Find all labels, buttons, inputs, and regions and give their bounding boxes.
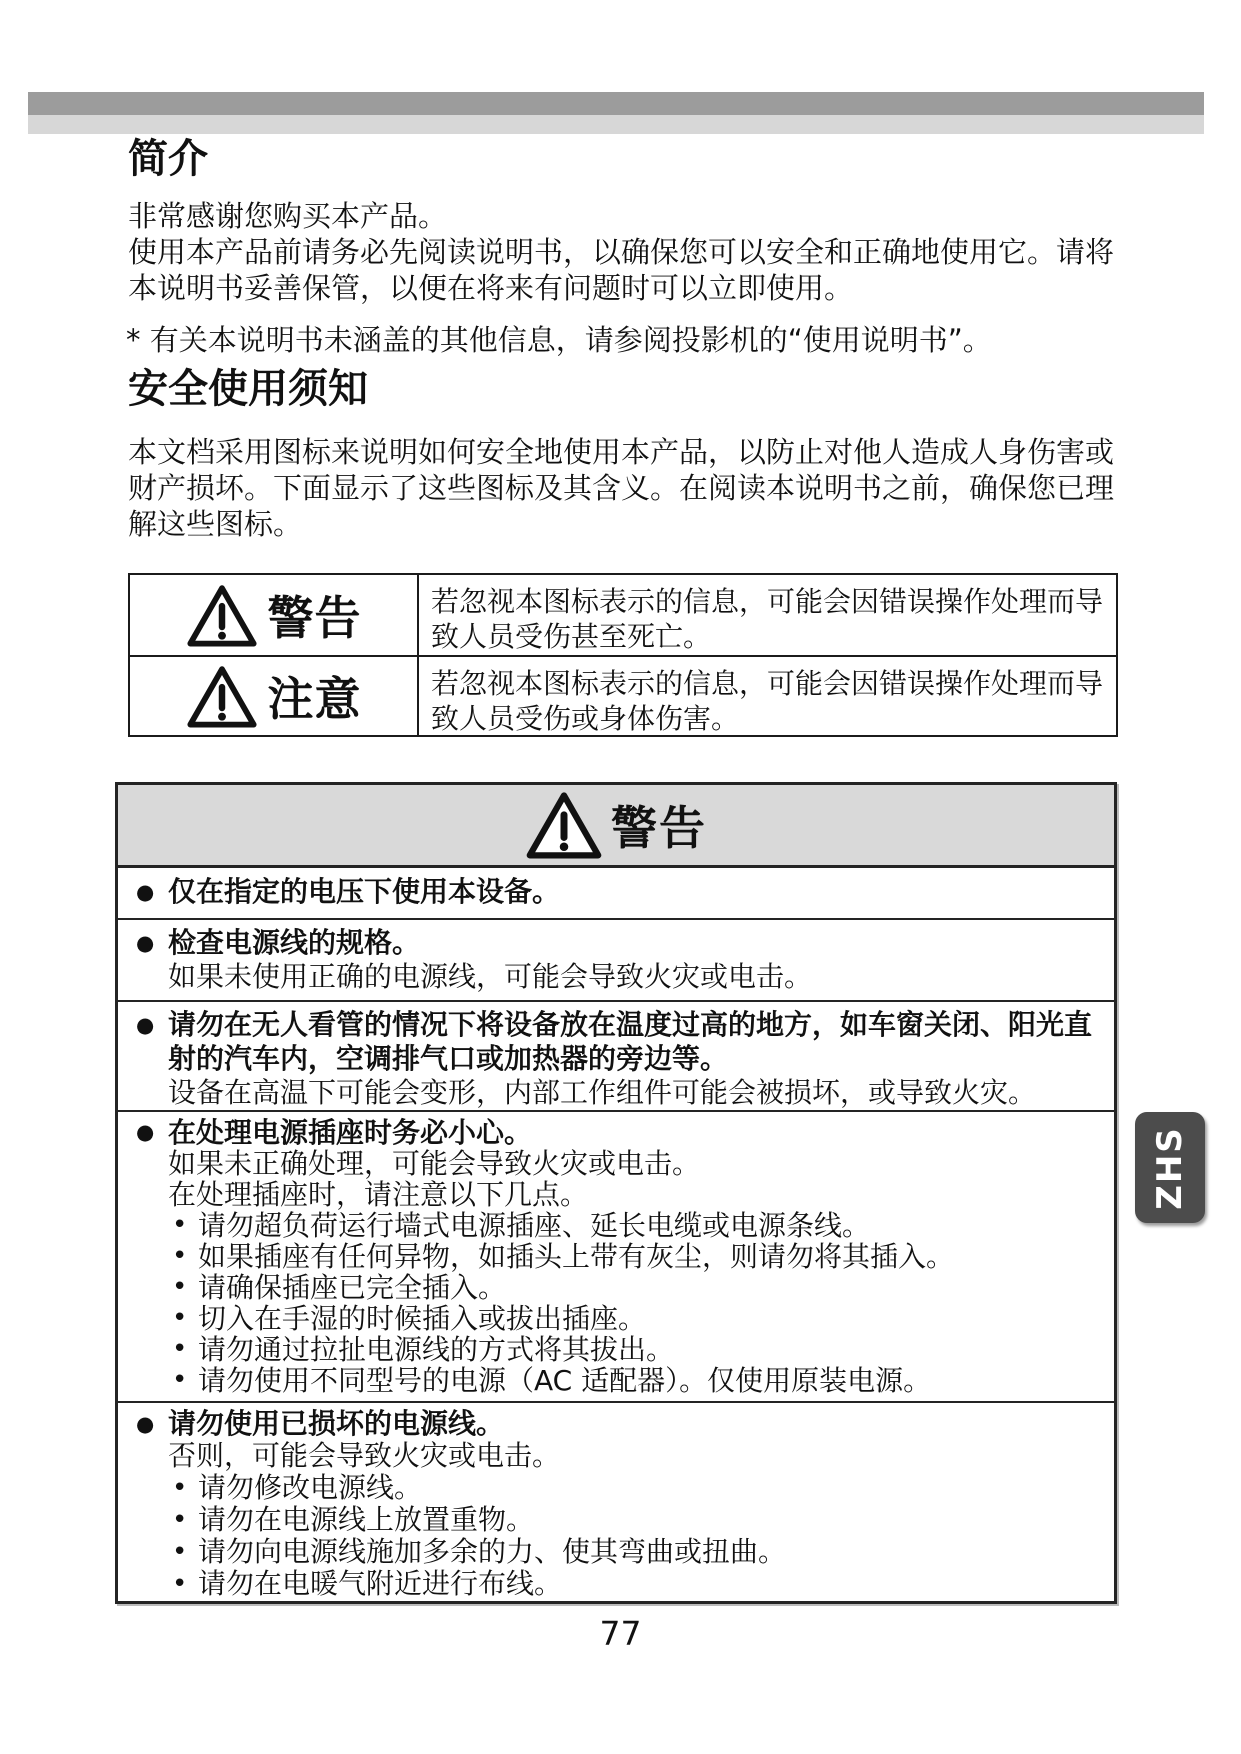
sub-bullet-icon: • — [172, 1241, 198, 1272]
warning-item-body: 否则，可能会导致火灾或电击。 — [168, 1440, 1100, 1472]
bullet-icon: ● — [136, 926, 168, 960]
warning-triangle-icon — [525, 790, 603, 860]
top-bar-dark — [28, 92, 1204, 115]
warning-section: ● 请勿在无人看管的情况下将设备放在温度过高的地方，如车窗关闭、阳光直射的汽车内… — [118, 1000, 1114, 1110]
warning-sub-item: • 切入在手湿的时候插入或拔出插座。 — [172, 1303, 1100, 1334]
warning-sub-text: 请勿使用不同型号的电源（AC 适配器）。仅使用原装电源。 — [198, 1365, 931, 1396]
warning-section: ● 仅在指定的电压下使用本设备。 — [118, 868, 1114, 918]
warning-triangle-icon — [186, 583, 258, 648]
warning-item: ● 在处理电源插座时务必小心。 — [136, 1117, 1100, 1148]
intro-note: * 有关本说明书未涵盖的其他信息，请参阅投影机的“使用说明书”。 — [126, 322, 1121, 358]
warning-item-heading: 请勿使用已损坏的电源线。 — [168, 1408, 504, 1440]
warning-section: ● 请勿使用已损坏的电源线。 否则，可能会导致火灾或电击。 • 请勿修改电源线。… — [118, 1401, 1114, 1602]
warning-sub-item: • 请确保插座已完全插入。 — [172, 1272, 1100, 1303]
warning-label: 警告 — [268, 582, 362, 648]
intro-line-1: 非常感谢您购买本产品。 — [128, 198, 1123, 234]
warning-item-heading: 检查电源线的规格。 — [168, 926, 420, 960]
warning-sub-text: 请勿在电源线上放置重物。 — [198, 1504, 534, 1536]
warning-item: ● 请勿在无人看管的情况下将设备放在温度过高的地方，如车窗关闭、阳光直射的汽车内… — [136, 1008, 1100, 1076]
warning-sub-text: 请勿在电暖气附近进行布线。 — [198, 1568, 562, 1600]
warning-sub-item: • 请勿超负荷运行墙式电源插座、延长电缆或电源条线。 — [172, 1210, 1100, 1241]
warning-sub-item: • 请勿使用不同型号的电源（AC 适配器）。仅使用原装电源。 — [172, 1365, 1100, 1396]
sub-bullet-icon: • — [172, 1210, 198, 1241]
warning-item-body: 如果未正确处理，可能会导致火灾或电击。 — [168, 1148, 1100, 1179]
warning-section: ● 在处理电源插座时务必小心。 如果未正确处理，可能会导致火灾或电击。 在处理插… — [118, 1110, 1114, 1401]
icon-meaning-table: 警告 若忽视本图标表示的信息，可能会因错误操作处理而导致人员受伤甚至死亡。 注意… — [128, 573, 1118, 737]
warning-item-heading: 在处理电源插座时务必小心。 — [168, 1117, 532, 1148]
warning-sub-item: • 请勿向电源线施加多余的力、使其弯曲或扭曲。 — [172, 1536, 1100, 1568]
safety-title: 安全使用须知 — [128, 366, 368, 412]
warning-description: 若忽视本图标表示的信息，可能会因错误操作处理而导致人员受伤甚至死亡。 — [419, 575, 1116, 655]
sub-bullet-icon: • — [172, 1272, 198, 1303]
warning-sub-text: 如果插座有任何异物，如插头上带有灰尘，则请勿将其插入。 — [198, 1241, 954, 1272]
safety-paragraph: 本文档采用图标来说明如何安全地使用本产品，以防止对他人造成人身伤害或财产损坏。下… — [128, 434, 1128, 542]
warning-sub-text: 请勿修改电源线。 — [198, 1472, 422, 1504]
table-row: 注意 若忽视本图标表示的信息，可能会因错误操作处理而导致人员受伤或身体伤害。 — [130, 655, 1116, 735]
warning-sub-text: 切入在手湿的时候插入或拔出插座。 — [198, 1303, 646, 1334]
warning-sub-item: • 请勿在电源线上放置重物。 — [172, 1504, 1100, 1536]
bullet-icon: ● — [136, 875, 168, 909]
warning-sub-text: 请勿向电源线施加多余的力、使其弯曲或扭曲。 — [198, 1536, 786, 1568]
warning-sub-item: • 请勿修改电源线。 — [172, 1472, 1100, 1504]
sub-bullet-icon: • — [172, 1536, 198, 1568]
caution-triangle-icon — [186, 664, 258, 729]
warning-item-body: 设备在高温下可能会变形，内部工作组件可能会被损坏，或导致火灾。 — [168, 1076, 1100, 1110]
warning-item: ● 仅在指定的电压下使用本设备。 — [136, 875, 1100, 909]
sub-bullet-icon: • — [172, 1568, 198, 1600]
sub-bullet-icon: • — [172, 1504, 198, 1536]
intro-paragraph: 非常感谢您购买本产品。 使用本产品前请务必先阅读说明书，以确保您可以安全和正确地… — [128, 198, 1123, 306]
language-tab-zhs: ZHS — [1135, 1112, 1205, 1223]
warning-sub-item: • 请勿在电暖气附近进行布线。 — [172, 1568, 1100, 1600]
sub-bullet-icon: • — [172, 1365, 198, 1396]
warning-item-heading: 请勿在无人看管的情况下将设备放在温度过高的地方，如车窗关闭、阳光直射的汽车内，空… — [168, 1008, 1100, 1076]
warning-box-header: 警告 — [118, 785, 1114, 868]
warning-item: ● 检查电源线的规格。 — [136, 926, 1100, 960]
caution-icon-cell: 注意 — [130, 657, 419, 735]
warning-box-title: 警告 — [611, 792, 707, 858]
intro-line-2: 使用本产品前请务必先阅读说明书，以确保您可以安全和正确地使用它。请将本说明书妥善… — [128, 234, 1123, 306]
sub-bullet-icon: • — [172, 1303, 198, 1334]
bullet-icon: ● — [136, 1117, 168, 1148]
warning-sub-item: • 请勿通过拉扯电源线的方式将其拔出。 — [172, 1334, 1100, 1365]
table-row: 警告 若忽视本图标表示的信息，可能会因错误操作处理而导致人员受伤甚至死亡。 — [130, 575, 1116, 655]
warning-sub-text: 请勿通过拉扯电源线的方式将其拔出。 — [198, 1334, 674, 1365]
sub-bullet-icon: • — [172, 1334, 198, 1365]
warning-item: ● 请勿使用已损坏的电源线。 — [136, 1408, 1100, 1440]
warning-item-heading: 仅在指定的电压下使用本设备。 — [168, 875, 560, 909]
top-bar-light — [28, 115, 1204, 134]
bullet-icon: ● — [136, 1408, 168, 1440]
sub-bullet-icon: • — [172, 1472, 198, 1504]
warning-sub-item: • 如果插座有任何异物，如插头上带有灰尘，则请勿将其插入。 — [172, 1241, 1100, 1272]
warning-sub-text: 请勿超负荷运行墙式电源插座、延长电缆或电源条线。 — [198, 1210, 870, 1241]
language-tab-label: ZHS — [1150, 1126, 1190, 1210]
manual-page: 简介 非常感谢您购买本产品。 使用本产品前请务必先阅读说明书，以确保您可以安全和… — [0, 0, 1241, 1754]
warning-item-body: 在处理插座时，请注意以下几点。 — [168, 1179, 1100, 1210]
page-number: 77 — [0, 1614, 1241, 1653]
caution-label: 注意 — [268, 663, 362, 729]
warning-section: ● 检查电源线的规格。 如果未使用正确的电源线，可能会导致火灾或电击。 — [118, 918, 1114, 1000]
intro-title: 简介 — [128, 136, 208, 182]
warning-icon-cell: 警告 — [130, 575, 419, 655]
warning-box: 警告 ● 仅在指定的电压下使用本设备。 ● 检查电源线的规格。 如果未使用正确的… — [115, 782, 1117, 1604]
warning-item-body: 如果未使用正确的电源线，可能会导致火灾或电击。 — [168, 960, 1100, 994]
bullet-icon: ● — [136, 1008, 168, 1076]
warning-sub-text: 请确保插座已完全插入。 — [198, 1272, 506, 1303]
caution-description: 若忽视本图标表示的信息，可能会因错误操作处理而导致人员受伤或身体伤害。 — [419, 657, 1116, 735]
